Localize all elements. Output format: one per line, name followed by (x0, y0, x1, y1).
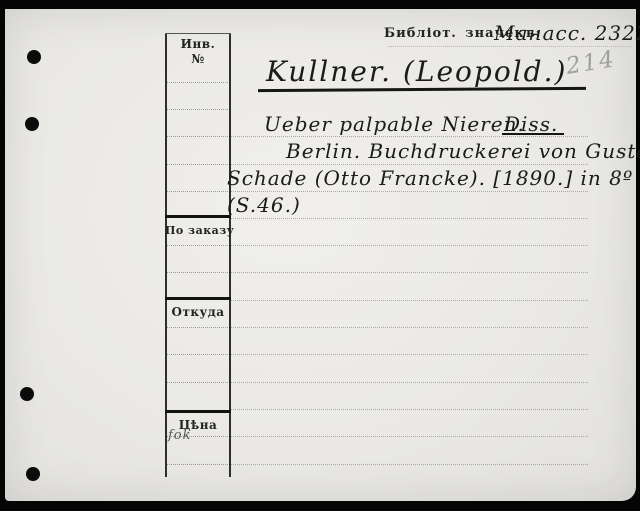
entry-line3: Schade (Otto Francke). [1890.] in 8º (227, 166, 633, 190)
library-mark-value: Манасс. 23223. (494, 21, 640, 45)
ruling-line (167, 191, 228, 192)
ruling-line (231, 245, 588, 246)
ruling-line (231, 464, 588, 465)
ruling-line (231, 327, 588, 328)
field-label-inventory: Инв. (165, 37, 231, 51)
price-handwritten-note: fok (168, 428, 192, 443)
section-divider (165, 215, 231, 218)
punch-hole (26, 467, 40, 481)
entry-line4: (S.46.) (227, 193, 301, 217)
ruling-line (167, 245, 228, 246)
section-divider (165, 297, 231, 300)
ruling-line (167, 382, 228, 383)
entry-line1: Ueber palpable Nieren. (264, 112, 525, 136)
header-dotted-rule (388, 46, 632, 47)
dissertation-underline (502, 133, 564, 135)
punch-hole (20, 387, 34, 401)
ruling-line (231, 136, 588, 137)
punch-hole (25, 117, 39, 131)
ruling-line (231, 436, 588, 437)
ruling-line (167, 109, 228, 110)
punch-hole (27, 50, 41, 64)
ruling-line (167, 327, 228, 328)
ruling-line (167, 136, 228, 137)
column-top-rule (165, 33, 231, 34)
ruling-line (231, 191, 588, 192)
field-label-origin: Откуда (165, 305, 231, 319)
ruling-line (167, 272, 228, 273)
entry-line2: Berlin. Buchdruckerei von Gustav (286, 139, 640, 163)
field-label-order: По заказу (165, 224, 231, 237)
ruling-line (231, 164, 588, 165)
ruling-line (167, 464, 228, 465)
ruling-line (231, 218, 588, 219)
ruling-line (231, 382, 588, 383)
section-divider (165, 410, 231, 413)
entry-title: Kullner. (Leopold.) (266, 55, 567, 88)
scanned-catalog-card: Библіот. значекъ: Манасс. 23223. 214 Kul… (0, 0, 640, 511)
ruling-line (231, 354, 588, 355)
ruling-line (231, 409, 588, 410)
ruling-line (231, 272, 588, 273)
ruling-line (231, 300, 588, 301)
field-label-inventory-number: № (165, 52, 231, 66)
ruling-line (167, 354, 228, 355)
ruling-line (167, 82, 228, 83)
ruling-line (167, 164, 228, 165)
